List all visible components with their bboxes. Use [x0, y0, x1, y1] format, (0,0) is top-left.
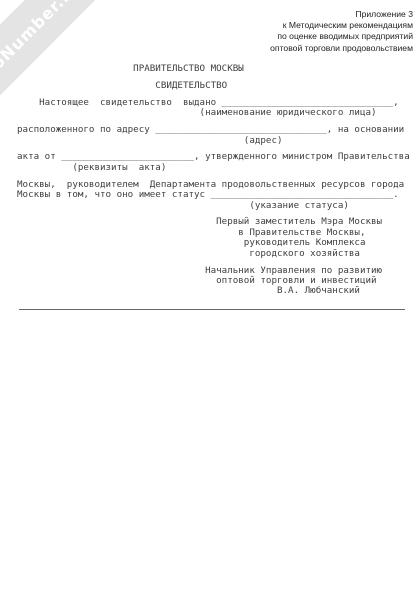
signature-block-mayor: Первый заместитель Мэра Москвы в Правите…	[17, 217, 410, 259]
issued-to-paragraph: Настоящее свидетельство выдано _________…	[17, 98, 410, 119]
status-paragraph: Москвы, руководителем Департамента продо…	[17, 180, 410, 211]
document-body: ПРАВИТЕЛЬСТВО МОСКВЫ СВИДЕТЕЛЬСТВО Насто…	[17, 64, 410, 303]
document-page: NoNumber.ru Приложение 3 к Методическим …	[0, 0, 420, 600]
government-title: ПРАВИТЕЛЬСТВО МОСКВЫ	[17, 64, 410, 74]
appendix-note-line: к Методическим рекомендациям	[270, 20, 413, 31]
appendix-note-line: Приложение 3	[270, 9, 413, 20]
address-paragraph: расположенного по адресу _______________…	[17, 125, 410, 146]
act-paragraph: акта от ________________________, утверж…	[17, 152, 410, 173]
appendix-note: Приложение 3 к Методическим рекомендация…	[270, 9, 413, 54]
page-divider-line	[19, 309, 405, 310]
appendix-note-line: по оценке вводимых предприятий	[270, 31, 413, 42]
appendix-note-line: оптовой торговли продовольствием	[270, 43, 413, 54]
signature-block-chief: Начальник Управления по развитию оптовой…	[17, 266, 410, 297]
certificate-title: СВИДЕТЕЛЬСТВО	[17, 81, 410, 91]
